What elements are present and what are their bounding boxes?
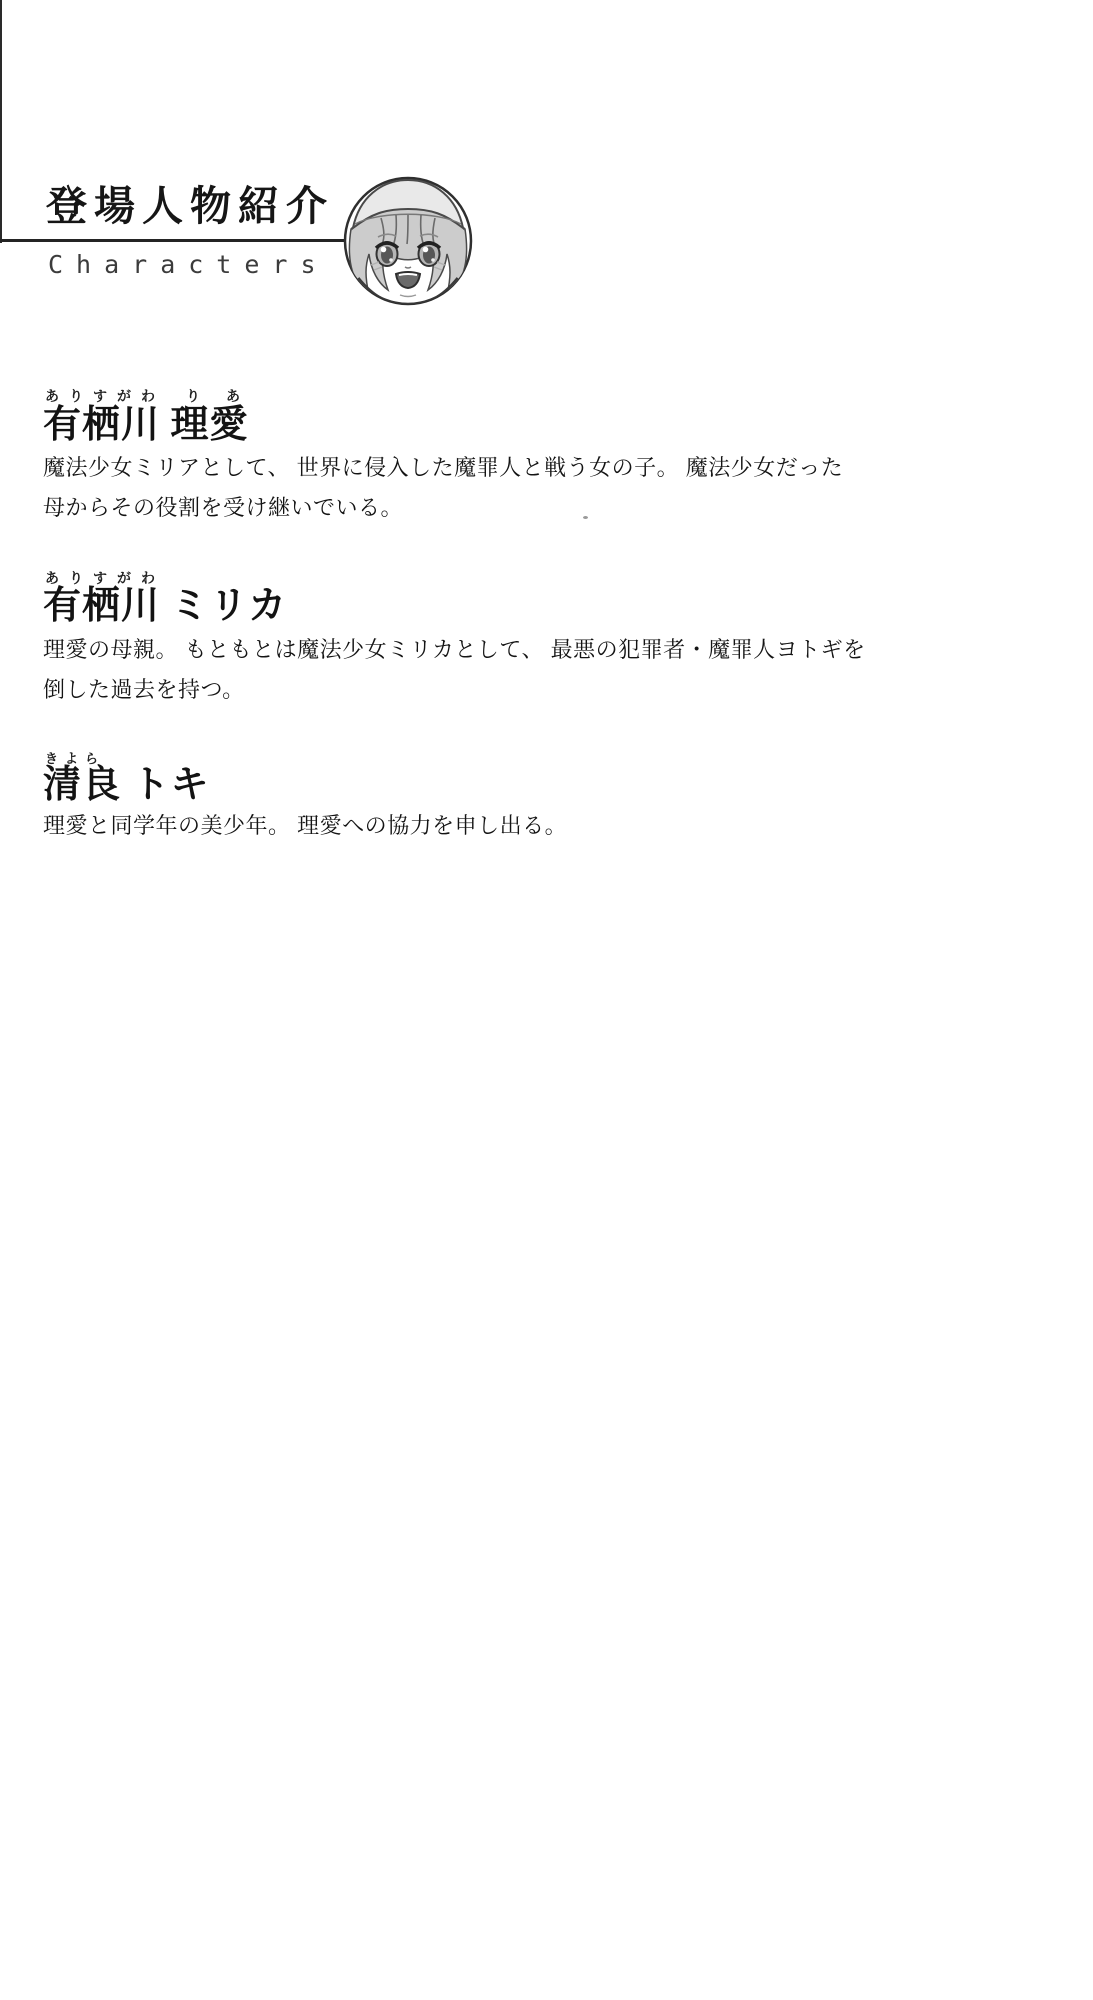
scanned-book-page: 登場人物紹介 Characters	[0, 0, 1093, 2000]
anime-girl-face-illustration	[341, 174, 475, 308]
description-line: 魔法少女ミリアとして、 世界に侵入した魔罪人と戦う女の子。 魔法少女だった	[43, 455, 843, 480]
scan-edge-artifact-line	[0, 0, 2, 243]
title-underline-rule	[0, 239, 346, 242]
character-name: 有栖川 ミリカ	[43, 587, 287, 625]
character-entry-mirika: ありすがわ 有栖川 ミリカ 理愛の母親。 もともとは魔法少女ミリカとして、 最悪…	[43, 568, 943, 728]
character-name: 清良 トキ	[43, 766, 210, 804]
description-line: 倒した過去を持つ。	[43, 677, 245, 702]
furigana-label: ありすがわ	[45, 386, 165, 406]
scan-artifact-dot	[583, 516, 588, 519]
description-line: 母からその役割を受け継いでいる。	[43, 495, 403, 520]
character-description: 理愛の母親。 もともとは魔法少女ミリカとして、 最悪の犯罪者・魔罪人ヨトギを倒し…	[43, 630, 866, 710]
page-title-en: Characters	[48, 250, 329, 279]
furigana-label: りあ	[186, 386, 266, 406]
character-name: 有栖川 理愛	[43, 406, 249, 444]
description-line: 理愛と同学年の美少年。 理愛への協力を申し出る。	[43, 813, 567, 838]
character-portrait-icon	[341, 174, 475, 308]
page-title-jp: 登場人物紹介	[46, 185, 334, 228]
character-description: 理愛と同学年の美少年。 理愛への協力を申し出る。	[43, 806, 567, 846]
character-entry-toki: きよら 清良 トキ 理愛と同学年の美少年。 理愛への協力を申し出る。	[43, 748, 943, 868]
description-line: 理愛の母親。 もともとは魔法少女ミリカとして、 最悪の犯罪者・魔罪人ヨトギを	[43, 637, 866, 662]
character-entry-ria: ありすがわ りあ 有栖川 理愛 魔法少女ミリアとして、 世界に侵入した魔罪人と戦…	[43, 386, 943, 546]
character-description: 魔法少女ミリアとして、 世界に侵入した魔罪人と戦う女の子。 魔法少女だった母から…	[43, 448, 843, 528]
